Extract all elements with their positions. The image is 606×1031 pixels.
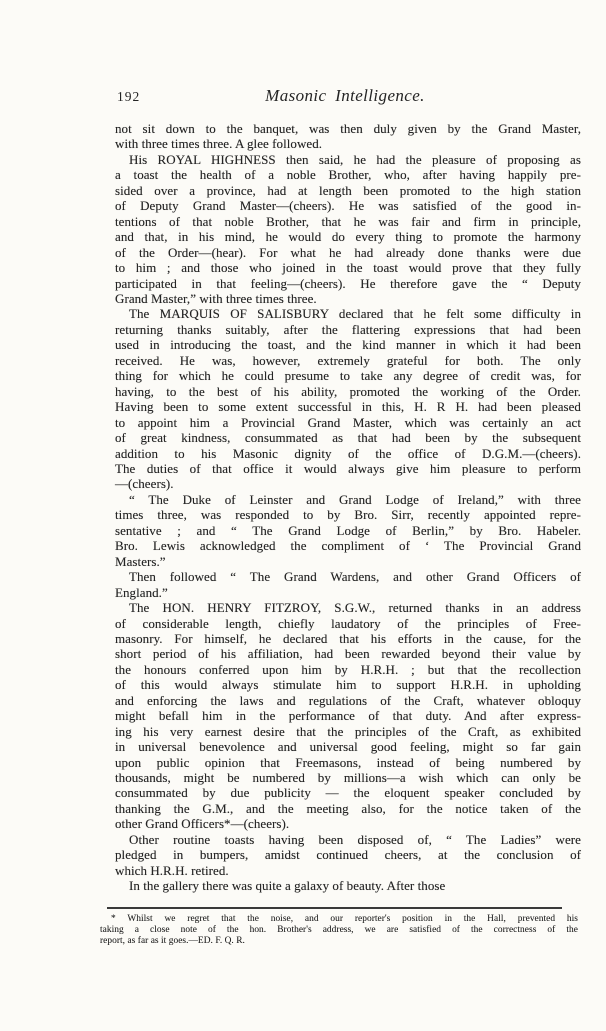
footnote-divider — [107, 907, 562, 909]
text-line: in universal benevolence and universal g… — [115, 739, 581, 754]
page: 192 Masonic Intelligence. not sit down t… — [0, 0, 606, 1031]
page-title: Masonic Intelligence. — [265, 86, 425, 106]
text-line: thing for which he could presume to take… — [115, 368, 581, 383]
text-line: addition to his Masonic dignity of the o… — [115, 446, 581, 461]
paragraph: The HON. HENRY FITZROY, S.G.W., returned… — [115, 600, 581, 832]
text-line: masonry. For himself, he declared that h… — [115, 631, 581, 646]
text-line: and enforcing the laws and regulations o… — [115, 693, 581, 708]
page-number: 192 — [117, 89, 140, 105]
text-line: short period of his affiliation, had bee… — [115, 646, 581, 661]
text-line: of great kindness, consummated as that h… — [115, 430, 581, 445]
text-line: In the gallery there was quite a galaxy … — [115, 878, 581, 893]
text-line: sided over a province, had at length bee… — [115, 183, 581, 198]
footnote: * Whilst we regret that the noise, and o… — [100, 914, 578, 947]
text-line: tentions of that noble Brother, that he … — [115, 214, 581, 229]
text-line: of this would always stimulate him to su… — [115, 677, 581, 692]
text-line: The duties of that office it would alway… — [115, 461, 581, 476]
page-header: 192 Masonic Intelligence. — [0, 86, 606, 108]
text-line: Other routine toasts having been dispose… — [115, 832, 581, 847]
text-line: England.” — [115, 585, 581, 600]
text-line: to him ; and those who joined in the toa… — [115, 260, 581, 275]
paragraph: In the gallery there was quite a galaxy … — [115, 878, 581, 893]
text-line: His ROYAL HIGHNESS then said, he had the… — [115, 152, 581, 167]
text-line: with three times three. A glee followed. — [115, 136, 581, 151]
text-line: returning thanks suitably, after the fla… — [115, 322, 581, 337]
text-line: ing his very earnest desire that the pri… — [115, 724, 581, 739]
paragraph: His ROYAL HIGHNESS then said, he had the… — [115, 152, 581, 307]
text-line: Grand Master,” with three times three. — [115, 291, 581, 306]
text-line: which H.R.H. retired. — [115, 863, 581, 878]
text-line: Then followed “ The Grand Wardens, and o… — [115, 569, 581, 584]
text-line: of the Order—(hear). For what he had alr… — [115, 245, 581, 260]
text-line: participated in that feeling—(cheers). H… — [115, 276, 581, 291]
paragraph: Then followed “ The Grand Wardens, and o… — [115, 569, 581, 600]
text-line: Masters.” — [115, 554, 581, 569]
text-line: of considerable length, chiefly laudator… — [115, 616, 581, 631]
paragraph: “ The Duke of Leinster and Grand Lodge o… — [115, 492, 581, 569]
text-line: consummated by due publicity — the eloqu… — [115, 785, 581, 800]
text-line: thanking the G.M., and the meeting also,… — [115, 801, 581, 816]
text-line: Having been to some extent successful in… — [115, 399, 581, 414]
text-line: the honours conferred upon him by H.R.H.… — [115, 662, 581, 677]
paragraph: Other routine toasts having been dispose… — [115, 832, 581, 878]
text-line: a toast the health of a noble Brother, w… — [115, 167, 581, 182]
footnote-line: report, as far as it goes.—ED. F. Q. R. — [100, 936, 578, 947]
text-line: might befall him in the performance of t… — [115, 708, 581, 723]
paragraph: not sit down to the banquet, was then du… — [115, 121, 581, 152]
footnote-line: taking a close note of the hon. Brother'… — [100, 925, 578, 936]
text-line: Bro. Lewis acknowledged the compliment o… — [115, 538, 581, 553]
text-line: received. He was, however, extremely gra… — [115, 353, 581, 368]
text-line: of Deputy Grand Master—(cheers). He was … — [115, 198, 581, 213]
text-line: “ The Duke of Leinster and Grand Lodge o… — [115, 492, 581, 507]
text-line: sentative ; and “ The Grand Lodge of Ber… — [115, 523, 581, 538]
text-line: to appoint him a Provincial Grand Master… — [115, 415, 581, 430]
text-line: —(cheers). — [115, 476, 581, 491]
text-line: thousands, might be numbered by millions… — [115, 770, 581, 785]
text-line: and that, in his mind, he would do every… — [115, 229, 581, 244]
text-line: upon public opinion that Freemasons, ins… — [115, 755, 581, 770]
text-line: times three, was responded to by Bro. Si… — [115, 507, 581, 522]
text-line: not sit down to the banquet, was then du… — [115, 121, 581, 136]
text-line: The MARQUIS OF SALISBURY declared that h… — [115, 306, 581, 321]
paragraph: The MARQUIS OF SALISBURY declared that h… — [115, 306, 581, 491]
article: not sit down to the banquet, was then du… — [115, 121, 581, 894]
text-line: having, to the best of his ability, prom… — [115, 384, 581, 399]
text-line: other Grand Officers*—(cheers). — [115, 816, 581, 831]
text-line: used in introducing the toast, and the k… — [115, 337, 581, 352]
footnote-line: * Whilst we regret that the noise, and o… — [100, 914, 578, 925]
text-line: The HON. HENRY FITZROY, S.G.W., returned… — [115, 600, 581, 615]
text-line: pledged in bumpers, amidst continued che… — [115, 847, 581, 862]
